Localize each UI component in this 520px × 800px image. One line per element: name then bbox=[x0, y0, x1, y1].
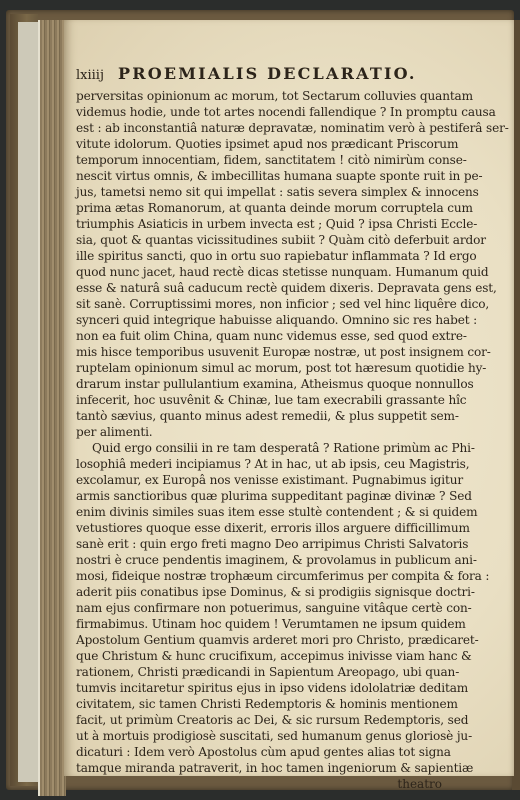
text-line: ruptelam opinionum simul ac morum, post … bbox=[76, 360, 442, 376]
text-line: nam ejus confirmare non potuerimus, sang… bbox=[76, 600, 442, 616]
text-line: firmabimus. Utinam hoc quidem ! Verumtam… bbox=[76, 616, 442, 632]
text-line: facit, ut primùm Creatoris ac Dei, & sic… bbox=[76, 712, 442, 728]
text-line: non ea fuit olim China, quam nunc videmu… bbox=[76, 328, 442, 344]
text-line: vetustiores quoque esse dixerit, erroris… bbox=[76, 520, 442, 536]
text-line: synceri quid integrique habuisse aliquan… bbox=[76, 312, 442, 328]
text-line: vitute idolorum. Quoties ipsimet apud no… bbox=[76, 136, 442, 152]
text-line: drarum instar pullulantium examina, Athe… bbox=[76, 376, 442, 392]
text-line: temporum innocentiam, fidem, sanctitatem… bbox=[76, 152, 442, 168]
text-line: dicaturi : Idem verò Apostolus cùm apud … bbox=[76, 744, 442, 760]
paragraph-2: Quid ergo consilii in re tam desperatâ ?… bbox=[76, 440, 442, 776]
text-line: videmus hodie, unde tot artes nocendi fa… bbox=[76, 104, 442, 120]
paragraph-1: perversitas opinionum ac morum, tot Sect… bbox=[76, 88, 442, 440]
text-line: losophiâ mederi incipiamus ? At in hac, … bbox=[76, 456, 442, 472]
text-line: tamque miranda patraverit, in hoc tamen … bbox=[76, 760, 442, 776]
text-line: tantò sævius, quanto minus adest remedii… bbox=[76, 408, 442, 424]
text-line: jus, tametsi nemo sit qui impellat : sat… bbox=[76, 184, 442, 200]
text-line: nescit virtus omnis, & imbecillitas huma… bbox=[76, 168, 442, 184]
text-line: quod nunc jacet, haud rectè dicas stetis… bbox=[76, 264, 442, 280]
text-line: sit sanè. Corruptissimi mores, non infic… bbox=[76, 296, 442, 312]
text-line: nostri è cruce pendentis imaginem, & pro… bbox=[76, 552, 442, 568]
text-line: triumphis Asiaticis in urbem invecta est… bbox=[76, 216, 442, 232]
text-line: est : ab inconstantiâ naturæ depravatæ, … bbox=[76, 120, 442, 136]
running-title: PROEMIALIS DECLARATIO. bbox=[118, 64, 417, 83]
page-header: lxiiij PROEMIALIS DECLARATIO. bbox=[76, 64, 442, 86]
text-line: ille spiritus sancti, quo in ortu suo ra… bbox=[76, 248, 442, 264]
text-line: mosi, fideique nostræ trophæum circumfer… bbox=[76, 568, 442, 584]
text-line: Quid ergo consilii in re tam desperatâ ?… bbox=[76, 440, 442, 456]
flyleaf bbox=[18, 22, 38, 782]
text-line: esse & naturâ suâ caducum rectè quidem d… bbox=[76, 280, 442, 296]
folio-number: lxiiij bbox=[76, 68, 118, 83]
text-line: per alimenti. bbox=[76, 424, 442, 440]
text-line: que Christum & hunc crucifixum, accepimu… bbox=[76, 648, 442, 664]
text-line: excolamur, ex Europâ nos venisse existim… bbox=[76, 472, 442, 488]
text-line: civitatem, sic tamen Christi Redemptoris… bbox=[76, 696, 442, 712]
text-line: aderit piis conatibus ipse Dominus, & si… bbox=[76, 584, 442, 600]
text-line: armis sanctioribus quæ plurima suppedita… bbox=[76, 488, 442, 504]
text-line: tumvis incitaretur spiritus ejus in ipso… bbox=[76, 680, 442, 696]
text-line: prima ætas Romanorum, at quanta deinde m… bbox=[76, 200, 442, 216]
text-line: sanè erit : quin ergo freti magno Deo ar… bbox=[76, 536, 442, 552]
text-line: perversitas opinionum ac morum, tot Sect… bbox=[76, 88, 442, 104]
text-line: Apostolum Gentium quamvis arderet mori p… bbox=[76, 632, 442, 648]
text-line: rationem, Christi prædicandi in Sapientu… bbox=[76, 664, 442, 680]
page-stack-edge bbox=[38, 20, 66, 796]
text-line: mis hisce temporibus usuvenit Europæ nos… bbox=[76, 344, 442, 360]
text-line: enim divinis similes suas item esse stul… bbox=[76, 504, 442, 520]
text-line: infecerit, hoc usuvênit & Chinæ, lue tam… bbox=[76, 392, 442, 408]
page-text-block: lxiiij PROEMIALIS DECLARATIO. perversita… bbox=[76, 64, 442, 792]
catchword: theatro bbox=[76, 776, 442, 792]
text-line: sia, quot & quantas vicissitudines subii… bbox=[76, 232, 442, 248]
text-line: ut à mortuis prodigiosè suscitati, sed h… bbox=[76, 728, 442, 744]
